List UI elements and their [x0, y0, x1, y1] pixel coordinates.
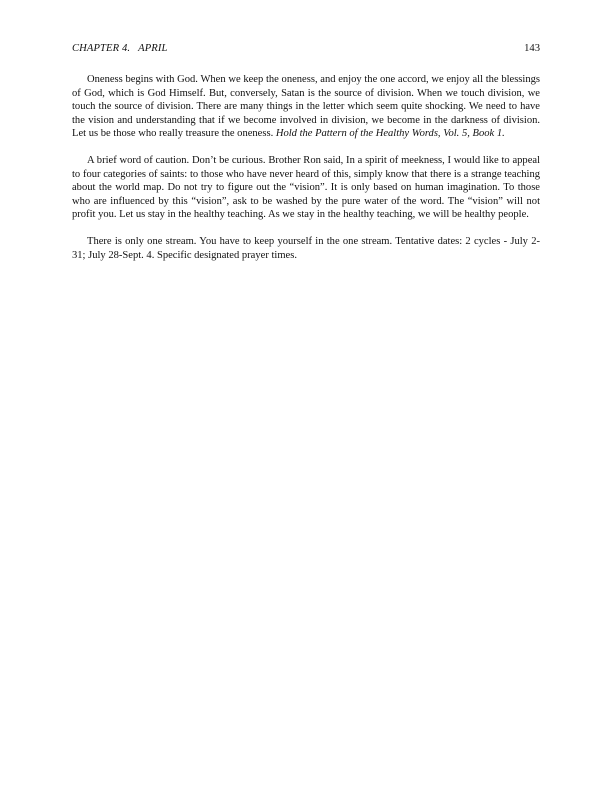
document-page: CHAPTER 4. APRIL 143 Oneness begins with… — [0, 0, 612, 792]
chapter-title: CHAPTER 4. APRIL — [72, 43, 167, 54]
paragraph-one-stream: There is only one stream. You have to ke… — [72, 235, 540, 262]
citation: Hold the Pattern of the Healthy Words, V… — [276, 128, 505, 139]
paragraph-oneness: Oneness begins with God. When we keep th… — [72, 73, 540, 141]
body-text: Oneness begins with God. When we keep th… — [72, 73, 540, 276]
running-header: CHAPTER 4. APRIL 143 — [72, 43, 540, 57]
paragraph-text: A brief word of caution. Don’t be curiou… — [72, 155, 540, 220]
page-number: 143 — [524, 43, 540, 54]
paragraph-text: There is only one stream. You have to ke… — [72, 236, 540, 261]
paragraph-caution: A brief word of caution. Don’t be curiou… — [72, 154, 540, 222]
